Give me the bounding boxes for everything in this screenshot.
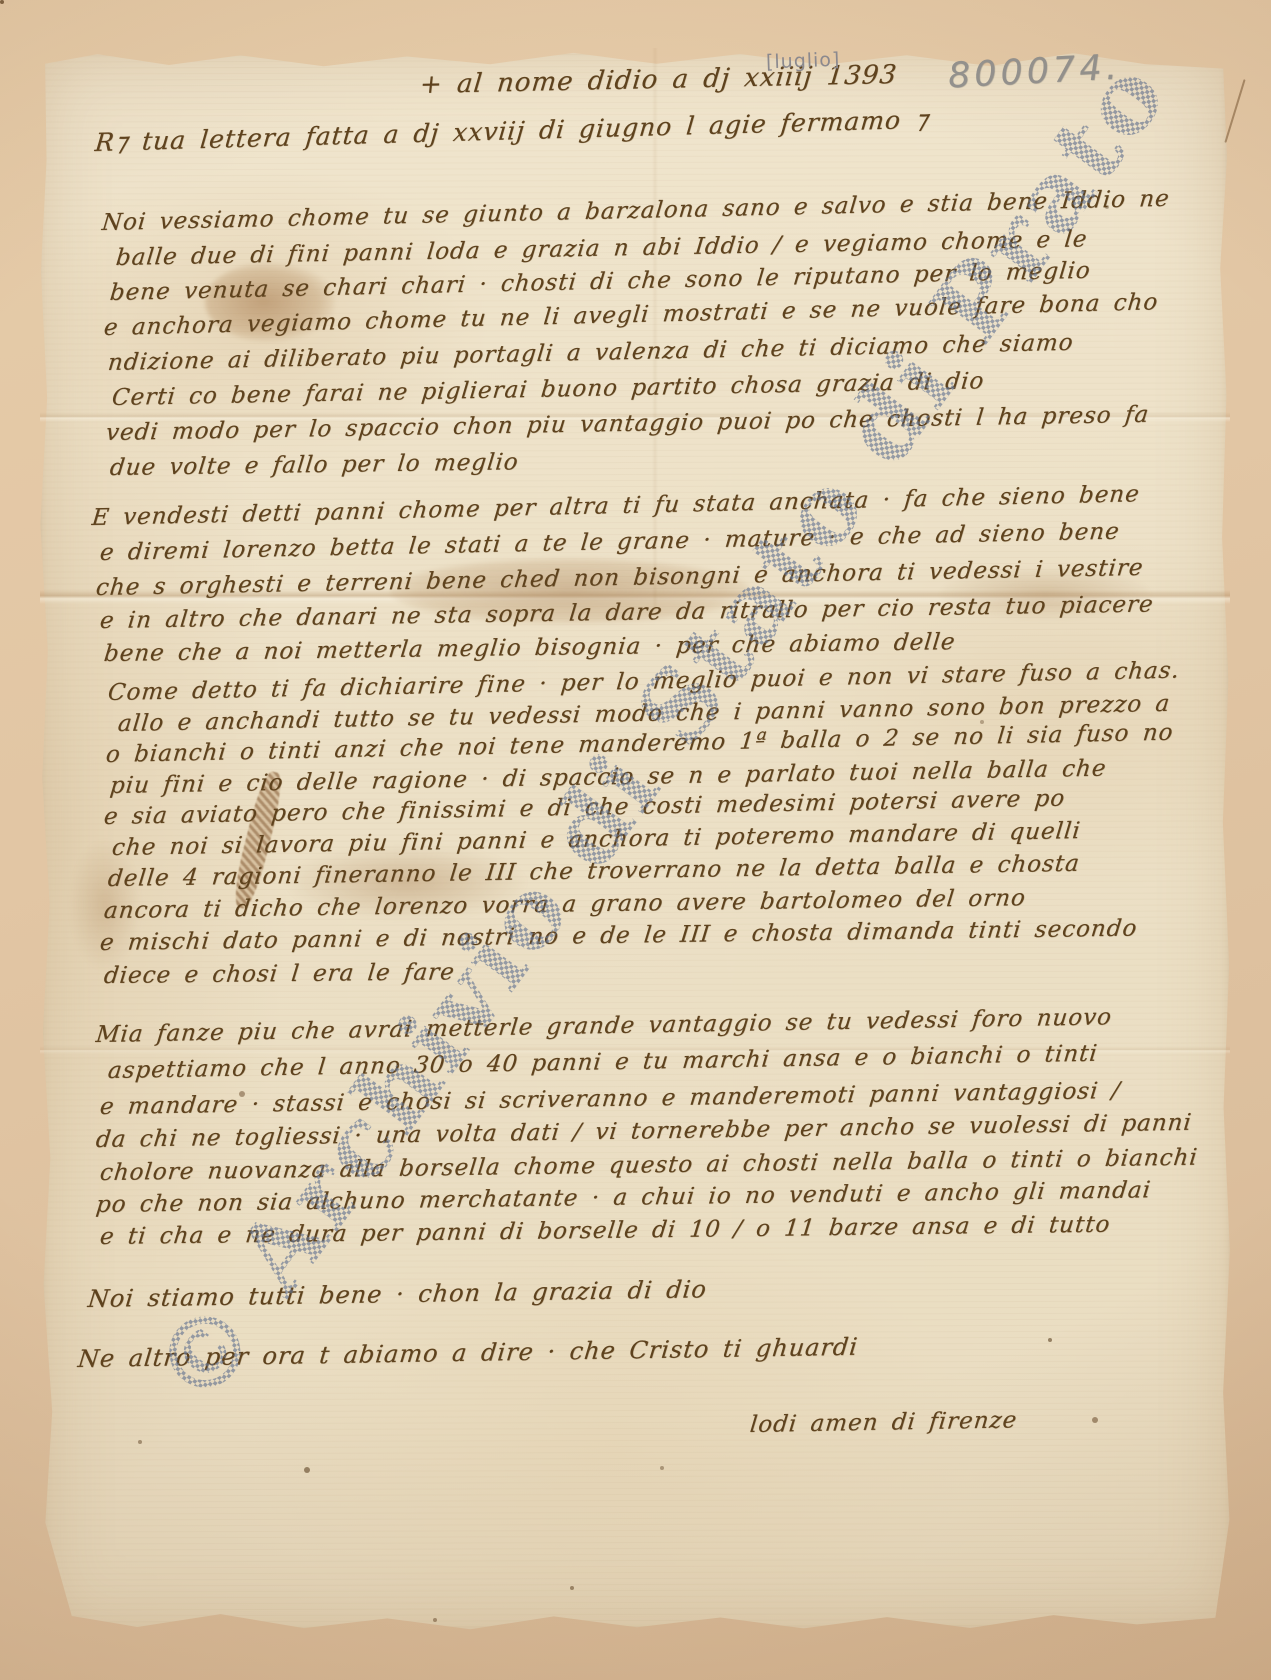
manuscript-line-body: aspettiamo che l anno 30 o 40 panni e tu… <box>107 1041 1100 1084</box>
pencil-month-annotation: [luglio] <box>766 49 841 74</box>
manuscript-line-signature: lodi amen di firenze <box>749 1407 1019 1438</box>
manuscript-line-body: e ti cha e ne dura per panni di borselle… <box>99 1212 1112 1250</box>
manuscript-line-closing: Noi stiamo tutti bene · chon la grazia d… <box>87 1275 709 1313</box>
manuscript-line-body: bene che a noi metterla meglio bisognia … <box>103 629 957 667</box>
manuscript-line-body: Certi co bene farai ne piglierai buono p… <box>111 368 986 411</box>
manuscript-line-salutation: R⁊ tua lettera fatta a dj xxviij di giug… <box>94 105 930 157</box>
manuscript-line-body: diece e chosi l era le fare <box>103 959 457 989</box>
manuscript-line-body: due volte e fallo per lo meglio <box>109 449 520 481</box>
scanned-letter-page: + al nome didio a dj xxiiij 1393R⁊ tua l… <box>0 0 1271 1680</box>
manuscript-line-closing: Ne altro per ora t abiamo a dire · che C… <box>77 1333 860 1373</box>
handwriting-layer: + al nome didio a dj xxiiij 1393R⁊ tua l… <box>0 0 1271 1680</box>
manuscript-line-body: vedi modo per lo spaccio chon piu vantag… <box>105 402 1151 446</box>
manuscript-line-body: Mia fanze piu che avrai metterle grande … <box>95 1004 1114 1048</box>
